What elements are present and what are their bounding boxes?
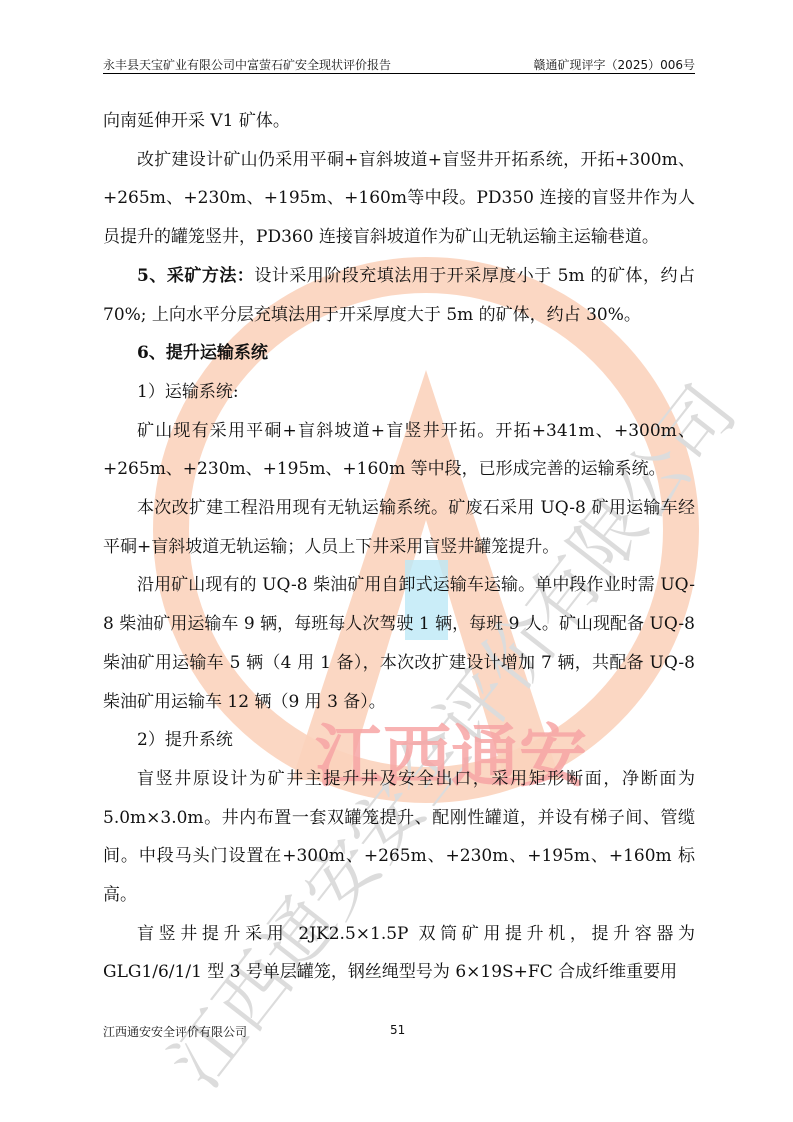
paragraph-7: 沿用矿山现有的 UQ-8 柴油矿用自卸式运输车运输。单中段作业时需 UQ-8 柴… [103,566,695,721]
section-heading-6: 6、提升运输系统 [103,334,695,373]
document-number: 赣通矿现评字（2025）006号 [534,57,695,73]
section-heading-5: 5、采矿方法： [137,266,254,286]
paragraph-10: 盲竖井提升采用 2JK2.5×1.5P 双筒矿用提升机，提升容器为GLG1/6/… [103,915,695,992]
page-header: 永丰县天宝矿业有限公司中富萤石矿安全现状评价报告 赣通矿现评字（2025）006… [103,55,695,74]
paragraph-mining-method: 5、采矿方法：设计采用阶段充填法用于开采厚度小于 5m 的矿体，约占 70%; … [103,257,695,334]
paragraph-5: 矿山现有采用平硐+盲斜坡道+盲竖井开拓。开拓+341m、+300m、+265m、… [103,412,695,489]
footer-company: 江西通安安全评价有限公司 [103,1023,247,1040]
page-number: 51 [390,1023,405,1037]
subheading-transport: 1）运输系统: [103,373,695,412]
document-body: 向南延伸开采 V1 矿体。 改扩建设计矿山仍采用平硐+盲斜坡道+盲竖井开拓系统，… [103,102,695,992]
report-title: 永丰县天宝矿业有限公司中富萤石矿安全现状评价报告 [103,57,391,73]
paragraph-1: 改扩建设计矿山仍采用平硐+盲斜坡道+盲竖井开拓系统，开拓+300m、+265m、… [103,141,695,257]
subheading-hoisting: 2）提升系统 [103,721,695,760]
paragraph-0: 向南延伸开采 V1 矿体。 [103,102,695,141]
paragraph-9: 盲竖井原设计为矿井主提升井及安全出口，采用矩形断面，净断面为 5.0m×3.0m… [103,760,695,915]
paragraph-6: 本次改扩建工程沿用现有无轨运输系统。矿废石采用 UQ-8 矿用运输车经平硐+盲斜… [103,489,695,566]
